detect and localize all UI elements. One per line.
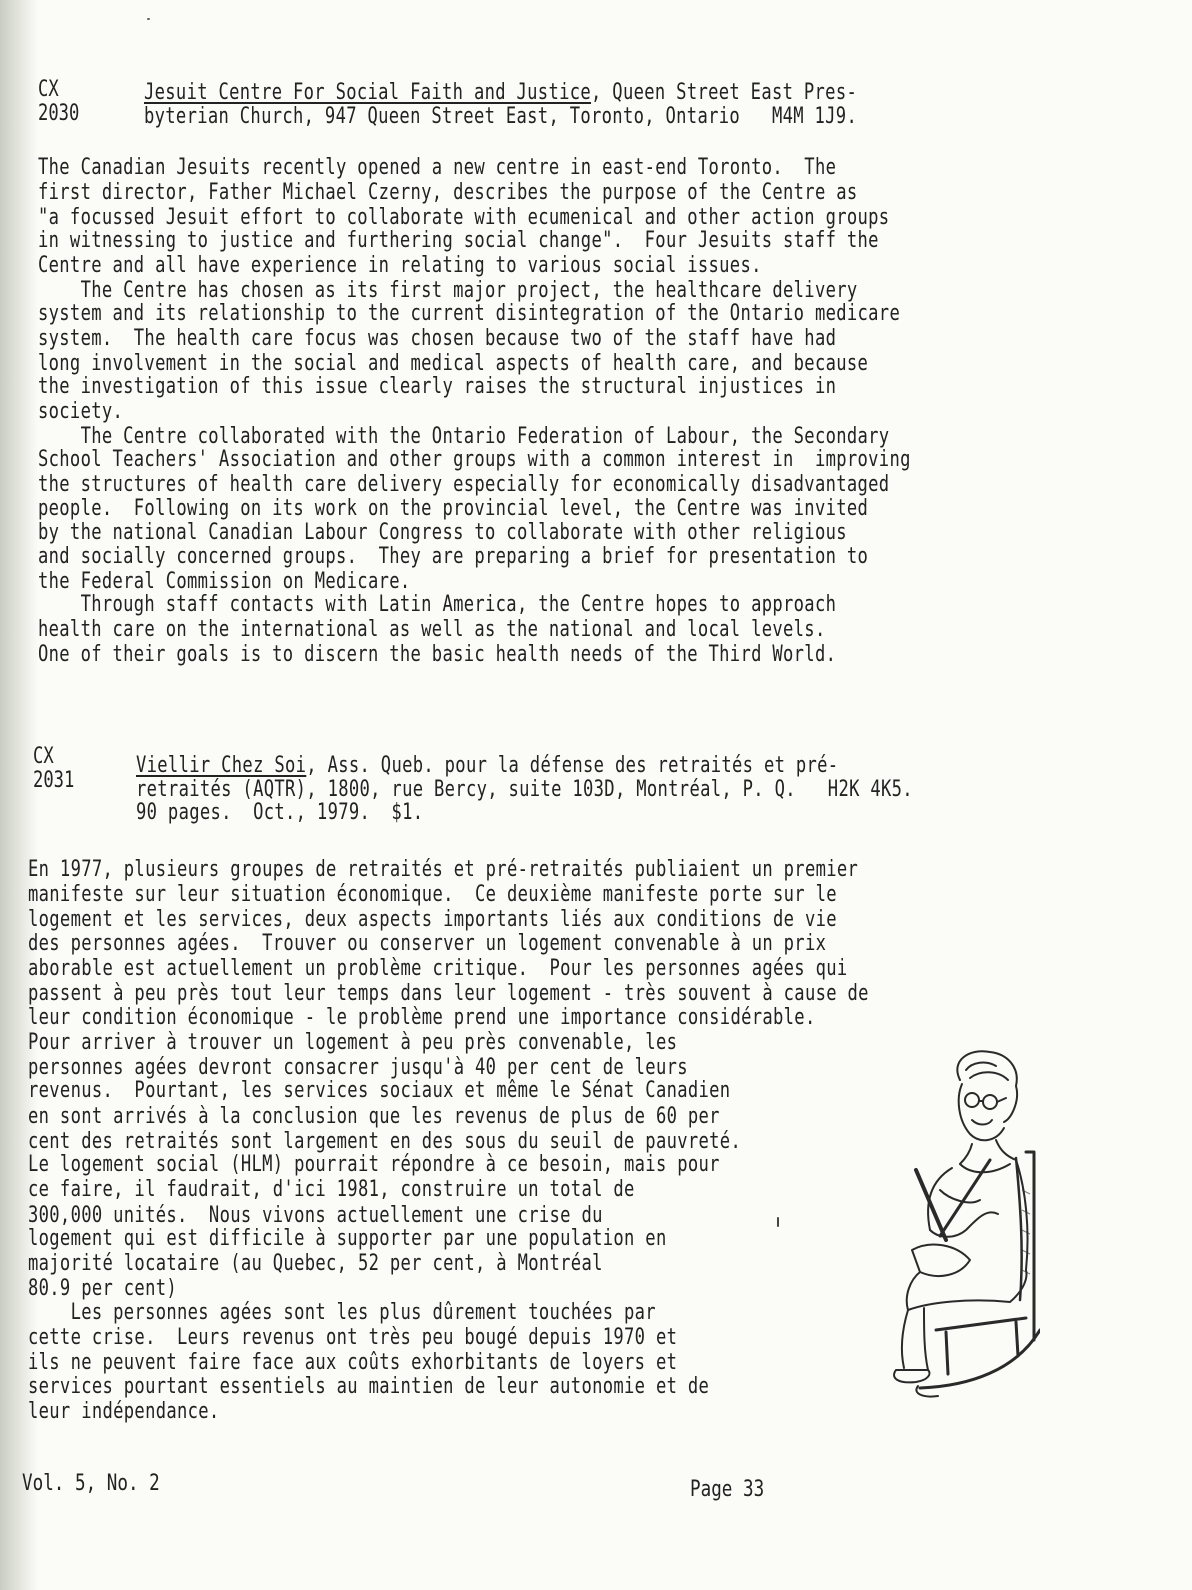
citation-line-1: Viellir Chez Soi, Ass. Queb. pour la déf… xyxy=(136,754,838,778)
body-line: leur condition économique - le problème … xyxy=(28,1006,816,1030)
body-line: majorité locataire (au Quebec, 52 per ce… xyxy=(28,1252,603,1276)
body-line: the structures of health care delivery e… xyxy=(38,473,889,497)
body-line: logement qui est difficile à supporter p… xyxy=(28,1227,667,1251)
body-line: first director, Father Michael Czerny, d… xyxy=(38,181,858,205)
body-line: manifeste sur leur situation économique.… xyxy=(28,883,837,907)
citation-rest: , Ass. Queb. pour la défense des retrait… xyxy=(306,753,838,778)
body-line: revenus. Pourtant, les services sociaux … xyxy=(28,1079,730,1103)
body-line: leur indépendance. xyxy=(28,1400,220,1424)
body-line: by the national Canadian Labour Congress… xyxy=(38,521,847,545)
citation-line-3: 90 pages. Oct., 1979. $1. xyxy=(136,801,423,825)
citation-line-1: Jesuit Centre For Social Faith and Justi… xyxy=(144,81,857,105)
body-line: system and its relationship to the curre… xyxy=(38,302,900,326)
body-line: en sont arrivés à la conclusion que les … xyxy=(28,1105,720,1129)
body-line: The Canadian Jesuits recently opened a n… xyxy=(38,156,836,180)
body-line: services pourtant essentiels au maintien… xyxy=(28,1375,709,1399)
body-line: people. Following on its work on the pro… xyxy=(38,497,868,521)
body-line: 80.9 per cent) xyxy=(28,1277,177,1301)
body-line: passent à peu près tout leur temps dans … xyxy=(28,982,869,1006)
entry-title: Viellir Chez Soi xyxy=(136,753,306,778)
citation-line-2: retraités (AQTR), 1800, rue Bercy, suite… xyxy=(136,778,913,802)
body-line: personnes agées devront consacrer jusqu'… xyxy=(28,1056,688,1080)
body-line: ils ne peuvent faire face aux coûts exho… xyxy=(28,1351,677,1375)
body-line: in witnessing to justice and furthering … xyxy=(38,229,879,253)
body-line: aborable est actuellement un problème cr… xyxy=(28,957,848,981)
body-line: The Centre collaborated with the Ontario… xyxy=(38,425,889,449)
entry-code-prefix: CX xyxy=(38,78,59,102)
body-line: Le logement social (HLM) pourrait répond… xyxy=(28,1153,720,1177)
body-line: logement et les services, deux aspects i… xyxy=(28,908,837,932)
body-line: Centre and all have experience in relati… xyxy=(38,254,762,278)
body-line: The Centre has chosen as its first major… xyxy=(38,279,858,303)
citation-rest: , Queen Street East Pres- xyxy=(591,80,857,105)
body-line: long involvement in the social and medic… xyxy=(38,352,868,376)
body-line: des personnes agées. Trouver ou conserve… xyxy=(28,932,826,956)
body-line: Pour arriver à trouver un logement à peu… xyxy=(28,1031,677,1055)
body-line: Through staff contacts with Latin Americ… xyxy=(38,593,836,617)
entry-code-number: 2030 xyxy=(38,102,79,126)
body-line: the investigation of this issue clearly … xyxy=(38,375,836,399)
body-line: 300,000 unités. Nous vivons actuellement… xyxy=(28,1204,603,1228)
footer-volume: Vol. 5, No. 2 xyxy=(22,1472,160,1496)
body-line: En 1977, plusieurs groupes de retraités … xyxy=(28,858,858,882)
body-line: cette crise. Leurs revenus ont très peu … xyxy=(28,1326,677,1350)
body-line: One of their goals is to discern the bas… xyxy=(38,643,836,667)
entry-title: Jesuit Centre For Social Faith and Justi… xyxy=(144,80,591,105)
body-line: and socially concerned groups. They are … xyxy=(38,545,868,569)
body-line: system. The health care focus was chosen… xyxy=(38,327,836,351)
entry-code-prefix: CX xyxy=(33,745,54,769)
body-line: the Federal Commission on Medicare. xyxy=(38,570,411,594)
body-line: society. xyxy=(38,400,123,424)
body-line: School Teachers' Association and other g… xyxy=(38,448,911,472)
body-line: health care on the international as well… xyxy=(38,618,826,642)
body-line: Les personnes agées sont les plus dûreme… xyxy=(28,1301,656,1325)
citation-line-2: byterian Church, 947 Queen Street East, … xyxy=(144,105,857,129)
elderly-woman-knitting-illustration xyxy=(820,1040,1040,1400)
scan-speck xyxy=(147,18,150,20)
footer-page-number: Page 33 xyxy=(690,1478,764,1502)
entry-code-number: 2031 xyxy=(33,769,74,793)
body-line: "a focussed Jesuit effort to collaborate… xyxy=(38,206,889,230)
body-line: ce faire, il faudrait, d'ici 1981, const… xyxy=(28,1178,635,1202)
scan-speck xyxy=(777,1217,779,1227)
body-line: cent des retraités sont largement en des… xyxy=(28,1130,741,1154)
